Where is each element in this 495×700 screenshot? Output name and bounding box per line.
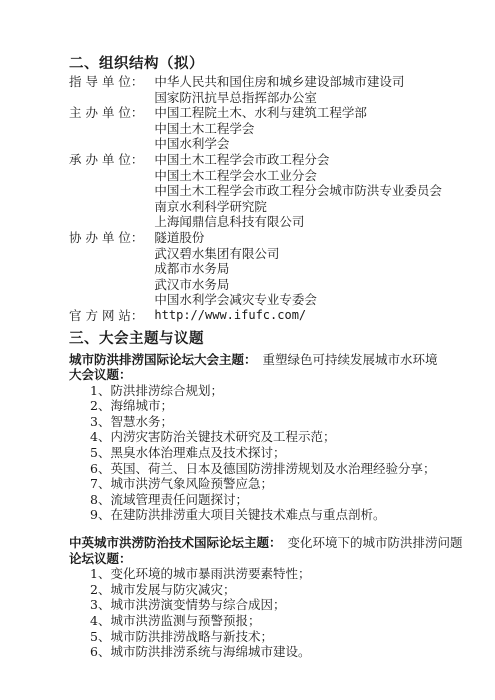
agenda-item: 3、城市洪涝演变情势与综合成因； [90,597,471,613]
org-group-coorganizer-lines: 隧道股份 武汉碧水集团有限公司 成都市水务局 武汉市水务局 中国水利学会减灾专业… [154,230,471,308]
org-line: 中国土木工程学会市政工程分会 [154,152,471,168]
org-group-organizer-lines: 中国土木工程学会市政工程分会 中国土木工程学会水工业分会 中国土木工程学会市政工… [154,152,471,230]
org-line: 成都市水务局 [154,261,471,277]
section-topics: 三、大会主题与议题 城市防洪排涝国际论坛大会主题：重塑绿色可持续发展城市水环境 … [69,329,471,660]
org-line: 上海闻鼎信息科技有限公司 [154,214,471,230]
forum1-theme-label: 城市防洪排涝国际论坛大会主题： [69,352,257,367]
org-group-guidance: 指 导 单 位： 中华人民共和国住房和城乡建设部城市建设司 国家防汛抗旱总指挥部… [69,74,471,105]
org-group-coorganizer: 协 办 单 位： 隧道股份 武汉碧水集团有限公司 成都市水务局 武汉市水务局 中… [69,230,471,308]
org-group-organizer-label: 承 办 单 位： [69,152,143,230]
org-line: 武汉碧水集团有限公司 [154,246,471,262]
forum2-block: 中英城市洪涝防治技术国际论坛主题：变化环境下的城市防洪排涝问题 论坛议题： 1、… [69,535,471,660]
org-line: 国家防汛抗旱总指挥部办公室 [154,90,471,106]
org-line: 中国土木工程学会 [154,121,471,137]
forum1-agenda-list: 1、防洪排涝综合规划； 2、海绵城市； 3、智慧水务； 4、内涝灾害防治关键技术… [90,383,471,523]
agenda-item: 1、防洪排涝综合规划； [90,383,471,399]
forum1-theme-value: 重塑绿色可持续发展城市水环境 [263,352,438,367]
org-line: 中国土木工程学会市政工程分会城市防洪专业委员会 [154,183,471,199]
org-line: 武汉市水务局 [154,277,471,293]
agenda-item: 6、城市防洪排涝系统与海绵城市建设。 [90,644,471,660]
org-group-coorganizer-label: 协 办 单 位： [69,230,143,308]
agenda-item: 2、海绵城市； [90,398,471,414]
org-line: 中华人民共和国住房和城乡建设部城市建设司 [154,74,471,90]
agenda-item: 4、内涝灾害防治关键技术研究及工程示范； [90,429,471,445]
org-line: 中国工程院土木、水利与建筑工程学部 [154,105,471,121]
org-group-guidance-lines: 中华人民共和国住房和城乡建设部城市建设司 国家防汛抗旱总指挥部办公室 [154,74,471,105]
org-group-host: 主 办 单 位： 中国工程院土木、水利与建筑工程学部 中国土木工程学会 中国水利… [69,105,471,152]
forum2-agenda-list: 1、变化环境的城市暴雨洪涝要素特性； 2、城市发展与防灾减灾； 3、城市洪涝演变… [90,566,471,660]
org-line: 隧道股份 [154,230,471,246]
org-line: 中国水利学会 [154,136,471,152]
agenda-item: 3、智慧水务； [90,414,471,430]
org-line: 南京水利科学研究院 [154,199,471,215]
agenda-item: 7、城市洪涝气象风险预警应急； [90,476,471,492]
forum2-agenda-label: 论坛议题： [69,551,471,567]
org-group-website-label: 官 方 网 站： [69,308,143,324]
section-organization: 二、组织结构（拟） 指 导 单 位： 中华人民共和国住房和城乡建设部城市建设司 … [69,54,471,324]
forum2-theme: 中英城市洪涝防治技术国际论坛主题：变化环境下的城市防洪排涝问题 [69,535,471,551]
agenda-item: 9、在建防洪排涝重大项目关键技术难点与重点剖析。 [90,507,471,523]
official-website-link[interactable]: http://www.ifufc.com/ [154,308,471,324]
agenda-item: 4、城市洪涝监测与预警预报； [90,613,471,629]
forum2-theme-value: 变化环境下的城市防洪排涝问题 [288,535,463,550]
org-line: 中国土木工程学会水工业分会 [154,168,471,184]
forum1-block: 城市防洪排涝国际论坛大会主题：重塑绿色可持续发展城市水环境 大会议题： 1、防洪… [69,352,471,524]
org-group-host-label: 主 办 单 位： [69,105,143,152]
org-group-website-lines: http://www.ifufc.com/ [154,308,471,324]
forum2-theme-label: 中英城市洪涝防治技术国际论坛主题： [69,535,282,550]
agenda-item: 5、黑臭水体治理难点及技术探讨； [90,445,471,461]
agenda-item: 8、流域管理责任问题探讨； [90,492,471,508]
section-topics-heading: 三、大会主题与议题 [69,329,471,348]
agenda-item: 2、城市发展与防灾减灾； [90,582,471,598]
org-group-organizer: 承 办 单 位： 中国土木工程学会市政工程分会 中国土木工程学会水工业分会 中国… [69,152,471,230]
forum1-agenda-label: 大会议题： [69,367,471,383]
org-group-host-lines: 中国工程院土木、水利与建筑工程学部 中国土木工程学会 中国水利学会 [154,105,471,152]
org-group-website: 官 方 网 站： http://www.ifufc.com/ [69,308,471,324]
agenda-item: 5、城市防洪排涝战略与新技术； [90,629,471,645]
agenda-item: 1、变化环境的城市暴雨洪涝要素特性； [90,566,471,582]
forum1-theme: 城市防洪排涝国际论坛大会主题：重塑绿色可持续发展城市水环境 [69,352,471,368]
org-group-guidance-label: 指 导 单 位： [69,74,143,105]
agenda-item: 6、英国、荷兰、日本及德国防涝排涝规划及水治理经验分享； [90,461,471,477]
section-org-heading: 二、组织结构（拟） [69,54,471,73]
org-line: 中国水利学会减灾专业专委会 [154,292,471,308]
document-page: 二、组织结构（拟） 指 导 单 位： 中华人民共和国住房和城乡建设部城市建设司 … [0,0,495,700]
